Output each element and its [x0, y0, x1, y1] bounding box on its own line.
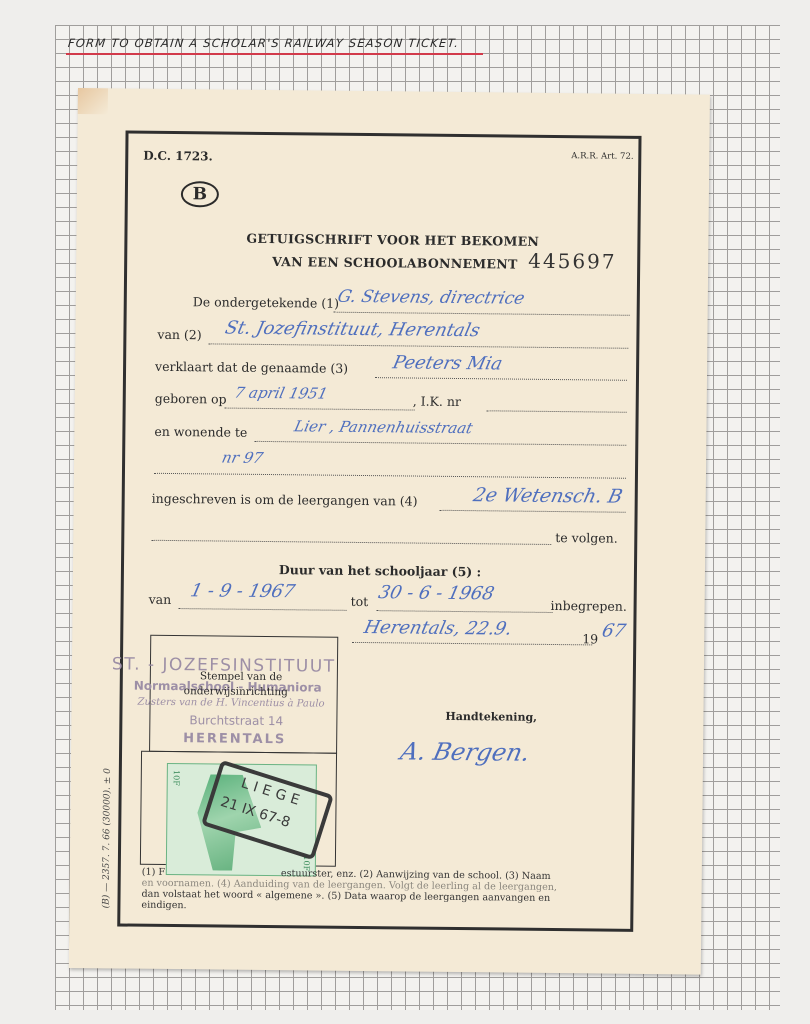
album-caption: FORM TO OBTAIN A SCHOLAR'S RAILWAY SEASO… [67, 36, 460, 50]
of-label: van (2) [157, 327, 201, 342]
enrolled-value[interactable]: 2e Wetensch. B [471, 484, 624, 508]
sncb-logo-icon: B [181, 181, 219, 207]
id-label: , I.K. nr [413, 394, 461, 410]
follow-label: te volgen. [555, 530, 618, 546]
to-value[interactable]: 30 - 6 - 1968 [376, 582, 496, 604]
to-label: tot [351, 594, 369, 609]
place-date-value[interactable]: Herentals, 22.9. [362, 617, 514, 639]
caption-underline [66, 53, 483, 55]
footnote-text: (1) F estuurster, enz. (2) Aanwijzing va… [141, 867, 557, 915]
declares-value[interactable]: Peeters Mia [391, 352, 505, 374]
year-prefix: 19 [582, 631, 598, 646]
institution-stamp-line3: Zusters van de H. Vincentius à Paulo [138, 697, 325, 710]
enrolled-label: ingeschreven is om de leergangen van (4) [152, 491, 418, 509]
signature-value[interactable]: A. Bergen. [398, 737, 533, 766]
declares-label: verklaart dat de genaamde (3) [155, 359, 348, 376]
form-title-line1: GETUIGSCHRIFT VOOR HET BEKOMEN [246, 231, 539, 249]
institution-stamp-line5: HERENTALS [183, 731, 286, 747]
inclusive-label: inbegrepen. [551, 598, 627, 614]
residing-value2[interactable]: nr 97 [220, 449, 265, 467]
form-article: A.R.R. Art. 72. [571, 151, 633, 162]
residing-value[interactable]: Lier , Pannenhuisstraat [292, 417, 474, 437]
residing-label: en wonende te [154, 424, 247, 440]
born-label: geboren op [155, 391, 227, 407]
signature-label: Handtekening, [445, 710, 537, 724]
serial-number: 445697 [528, 249, 617, 274]
year-value[interactable]: 67 [600, 621, 628, 642]
undersigned-value[interactable]: G. Stevens, directrice [336, 287, 527, 309]
form-code: D.C. 1723. [143, 149, 213, 164]
from-value[interactable]: 1 - 9 - 1967 [188, 580, 296, 602]
printer-mark: (B) — 2357. 7. 66 (30000). ± 0 [101, 768, 112, 908]
born-value[interactable]: 7 april 1951 [233, 384, 330, 403]
revenue-value-top: 10F [172, 770, 181, 786]
form-title-line2: VAN EEN SCHOOLABONNEMENT [272, 254, 518, 272]
stamp-box-label-line1: Stempel van de [200, 670, 283, 683]
duration-heading: Duur van het schooljaar (5) : [279, 562, 481, 579]
institution-stamp-line4: Burchtstraat 14 [189, 713, 283, 728]
certificate-document: D.C. 1723. A.R.R. Art. 72. B GETUIGSCHRI… [69, 88, 710, 975]
of-value[interactable]: St. Jozefinstituut, Herentals [223, 318, 482, 342]
undersigned-label: De ondergetekende (1) [193, 294, 339, 311]
from-label: van [149, 592, 172, 607]
stamp-box-label-line2: onderwijsinrichting [184, 685, 288, 698]
